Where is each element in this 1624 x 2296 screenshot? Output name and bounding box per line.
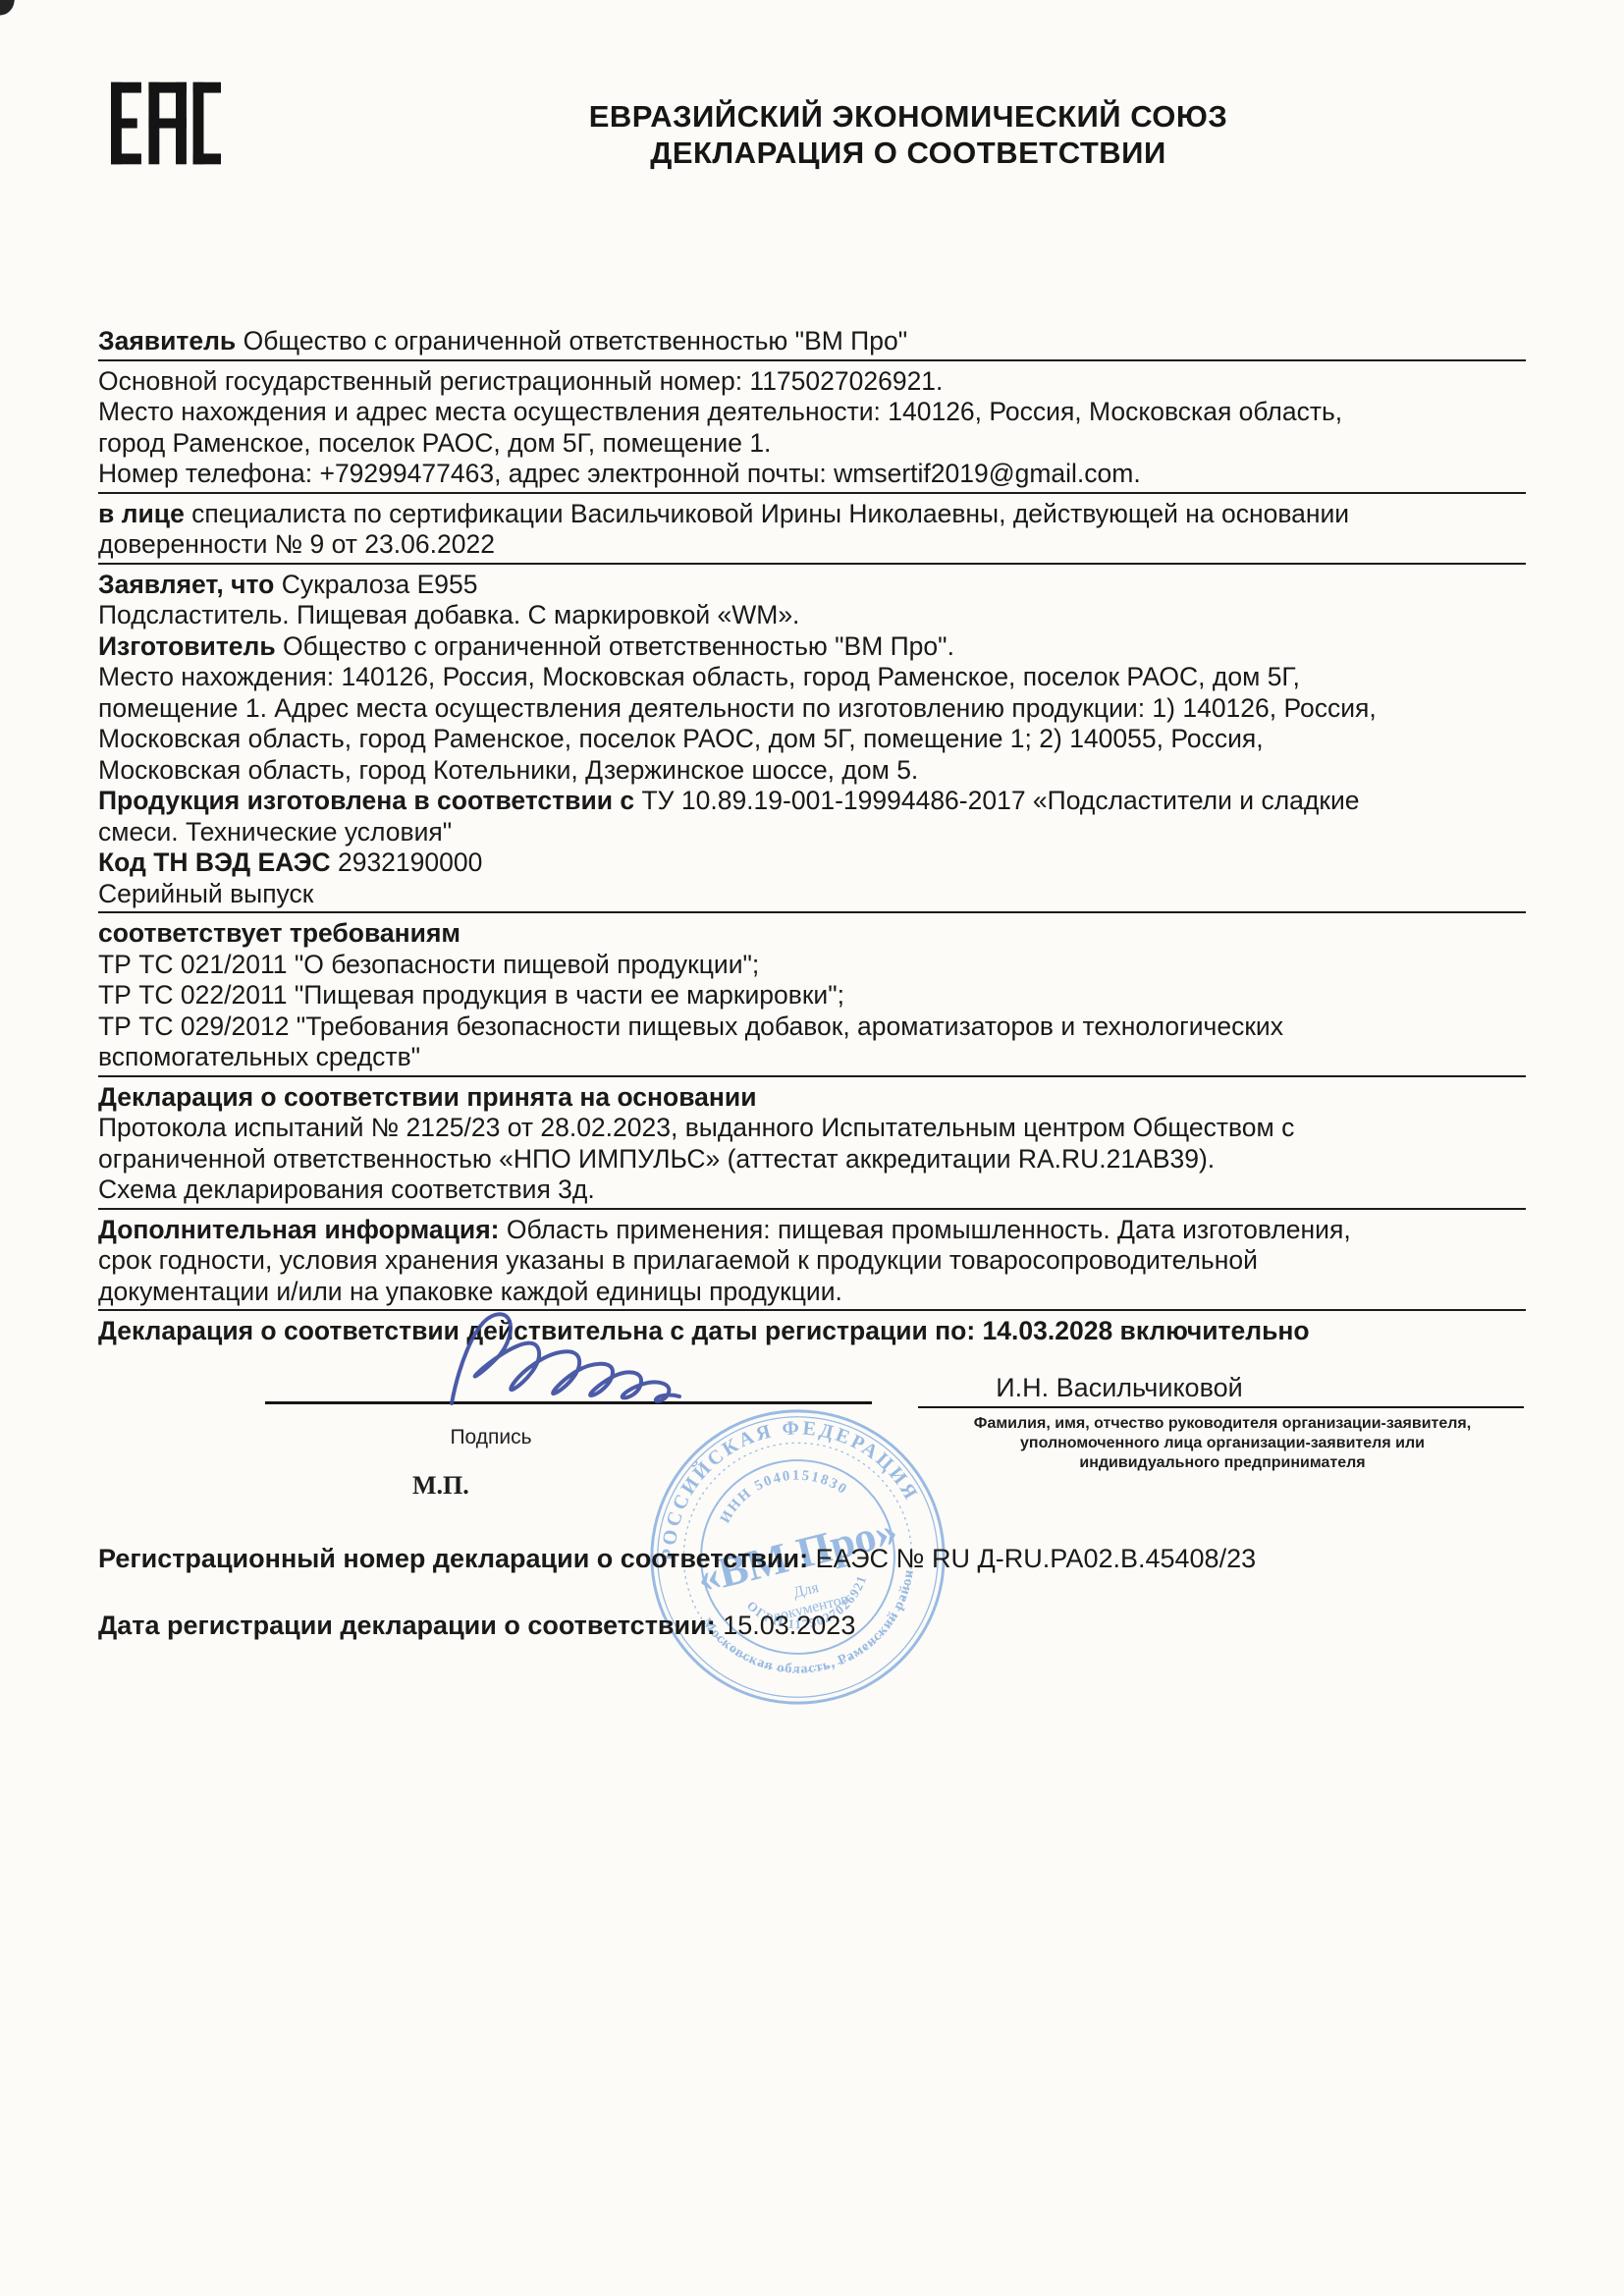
registration-date-label: Дата регистрации декларации о соответств… (98, 1611, 716, 1640)
approver-caption-line2: уполномоченного лица организации-заявите… (908, 1434, 1537, 1453)
document-body: Заявитель Общество с ограниченной ответс… (98, 326, 1526, 1347)
stamp-inner-top-text: ИНН 5040151830 (710, 1453, 853, 1528)
text-line: соответствует требованиям (98, 918, 1526, 950)
approver-caption: Фамилия, имя, отчество руководителя орга… (908, 1414, 1537, 1473)
text-line: Подсластитель. Пищевая добавка. С маркир… (98, 600, 1526, 631)
handwritten-signature (422, 1301, 844, 1414)
approver-name: И.Н. Васильчиковой (884, 1373, 1355, 1403)
text-line: срок годности, условия хранения указаны … (98, 1245, 1526, 1277)
paragraph: Заявляет, что Сукралоза Е955Подсластител… (98, 570, 1526, 914)
paragraph: соответствует требованиямТР ТС 021/2011 … (98, 918, 1526, 1077)
paragraph: Декларация о соответствии принята на осн… (98, 1082, 1526, 1210)
text-line: Изготовитель Общество с ограниченной отв… (98, 631, 1526, 663)
text-line: Заявляет, что Сукралоза Е955 (98, 570, 1526, 601)
registration-number-value: ЕАЭС № RU Д-RU.РА02.В.45408/23 (808, 1544, 1256, 1573)
svg-text:ИНН 5040151830: ИНН 5040151830 (710, 1453, 853, 1528)
text-line: ТР ТС 029/2012 "Требования безопасности … (98, 1011, 1526, 1043)
text-line: Московская область, город Котельники, Дз… (98, 755, 1526, 787)
text-line: Основной государственный регистрационный… (98, 366, 1526, 398)
eac-logo-icon (111, 76, 221, 171)
title-line-declaration: ДЕКЛАРАЦИЯ О СООТВЕТСТВИИ (373, 135, 1443, 171)
text-line: вспомогательных средств" (98, 1042, 1526, 1073)
registration-number-line: Регистрационный номер декларации о соотв… (98, 1544, 1526, 1574)
page-title: ЕВРАЗИЙСКИЙ ЭКОНОМИЧЕСКИЙ СОЮЗ ДЕКЛАРАЦИ… (373, 98, 1443, 171)
approver-caption-line3: индивидуального предпринимателя (908, 1453, 1537, 1473)
text-line: Код ТН ВЭД ЕАЭС 2932190000 (98, 847, 1526, 879)
text-line: Серийный выпуск (98, 879, 1526, 910)
approver-caption-line1: Фамилия, имя, отчество руководителя орга… (908, 1414, 1537, 1434)
text-line: ТР ТС 021/2011 "О безопасности пищевой п… (98, 950, 1526, 981)
paragraph: Заявитель Общество с ограниченной ответс… (98, 326, 1526, 361)
registration-block: Регистрационный номер декларации о соотв… (98, 1544, 1526, 1641)
paragraph: Дополнительная информация: Область приме… (98, 1215, 1526, 1312)
text-line: Дополнительная информация: Область приме… (98, 1215, 1526, 1246)
title-line-union: ЕВРАЗИЙСКИЙ ЭКОНОМИЧЕСКИЙ СОЮЗ (373, 98, 1443, 135)
scan-artifact (0, 0, 15, 17)
approver-name-line (918, 1406, 1524, 1408)
declaration-page: ЕВРАЗИЙСКИЙ ЭКОНОМИЧЕСКИЙ СОЮЗ ДЕКЛАРАЦИ… (0, 0, 1624, 2296)
text-line: ограниченной ответственностью «НПО ИМПУЛ… (98, 1144, 1526, 1175)
text-line: в лице специалиста по сертификации Васил… (98, 499, 1526, 530)
text-line: Номер телефона: +79299477463, адрес элек… (98, 459, 1526, 490)
text-line: смеси. Технические условия" (98, 817, 1526, 848)
text-line: Заявитель Общество с ограниченной ответс… (98, 326, 1526, 357)
text-line: Продукция изготовлена в соответствии с Т… (98, 786, 1526, 817)
registration-date-value: 15.03.2023 (716, 1611, 856, 1640)
text-line: доверенности № 9 от 23.06.2022 (98, 529, 1526, 561)
text-line: Место нахождения: 140126, Россия, Москов… (98, 662, 1526, 693)
paragraph: Основной государственный регистрационный… (98, 366, 1526, 494)
text-line: Место нахождения и адрес места осуществл… (98, 397, 1526, 428)
mp-label: М.П. (412, 1471, 469, 1501)
text-line: Декларация о соответствии принята на осн… (98, 1082, 1526, 1114)
text-line: ТР ТС 022/2011 "Пищевая продукция в част… (98, 980, 1526, 1011)
podpis-label: Подпись (344, 1426, 638, 1449)
registration-date-line: Дата регистрации декларации о соответств… (98, 1611, 1526, 1641)
text-line: Протокола испытаний № 2125/23 от 28.02.2… (98, 1113, 1526, 1144)
registration-number-label: Регистрационный номер декларации о соотв… (98, 1544, 808, 1573)
text-line: помещение 1. Адрес места осуществления д… (98, 693, 1526, 725)
paragraph: в лице специалиста по сертификации Васил… (98, 499, 1526, 565)
text-line: Московская область, город Раменское, пос… (98, 724, 1526, 755)
text-line: город Раменское, поселок РАОС, дом 5Г, п… (98, 428, 1526, 460)
text-line: Схема декларирования соответствия 3д. (98, 1175, 1526, 1206)
